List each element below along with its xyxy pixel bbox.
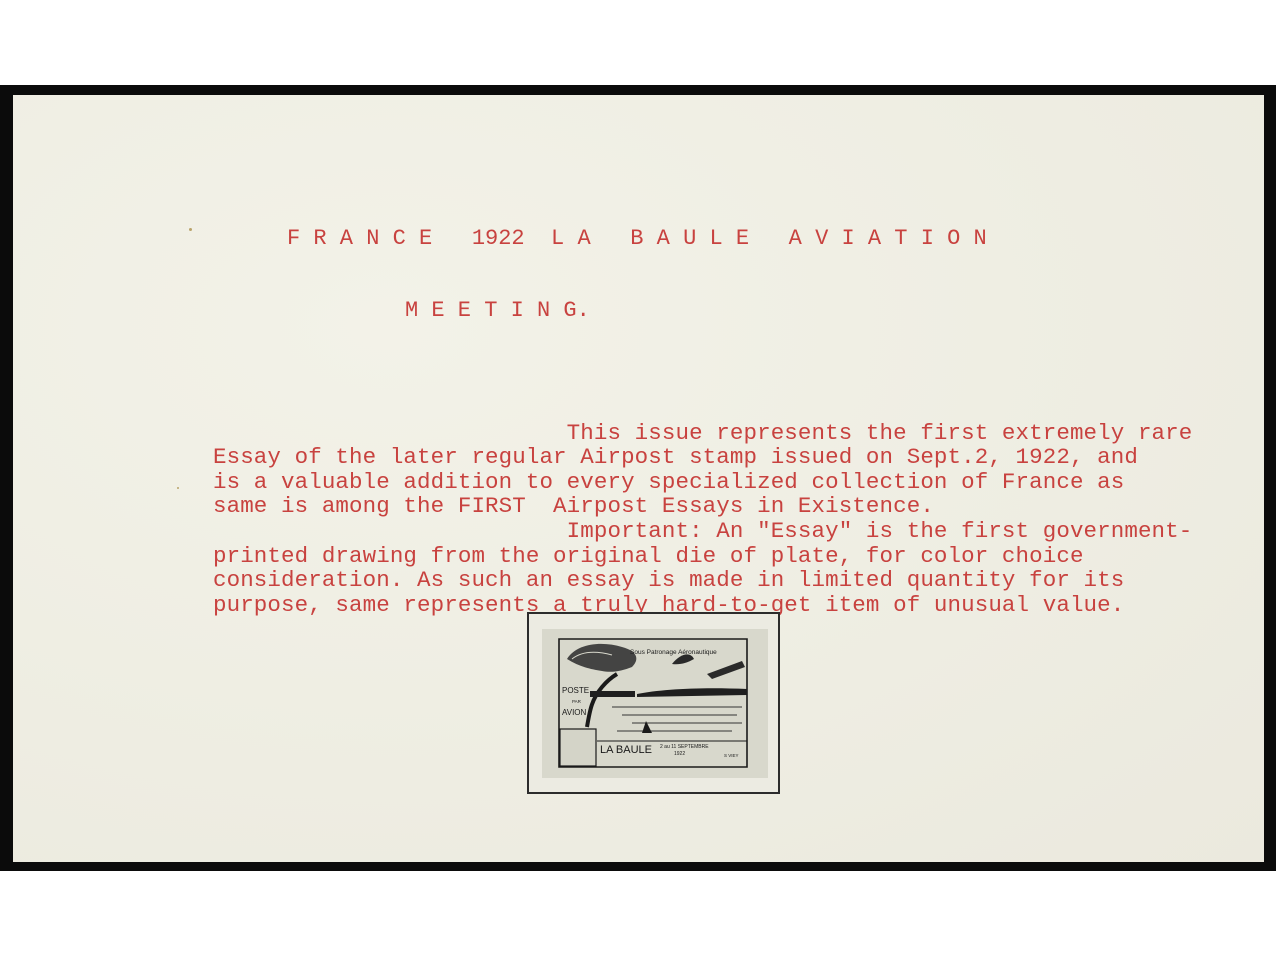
paper-speck [189,228,192,231]
paragraph-line: Essay of the later regular Airpost stamp… [213,445,1192,470]
paragraph-line: printed drawing from the original die of… [213,544,1192,569]
svg-text:POSTE: POSTE [562,686,589,695]
paragraph-line: This issue represents the first extremel… [213,421,1192,446]
stamp-essay: Sous Patronage Aéronautique POSTE PAR AV… [542,629,768,778]
description-paragraph: This issue represents the first extremel… [213,396,1192,642]
svg-text:2 au 11 SEPTEMBRE: 2 au 11 SEPTEMBRE [660,744,709,750]
paragraph-line: Important: An "Essay" is the first gover… [213,519,1192,544]
heading-line-2: M E E T I N G. [405,298,590,323]
paragraph-line: consideration. As such an essay is made … [213,568,1192,593]
paper-speck [177,487,179,489]
heading-line-1: F R A N C E 1922 L A B A U L E A V I A T… [287,226,987,251]
paragraph-line: same is among the FIRST Airpost Essays i… [213,494,1192,519]
svg-text:S VIEY: S VIEY [724,753,739,758]
svg-text:LA BAULE: LA BAULE [600,744,652,756]
paragraph-line: is a valuable addition to every speciali… [213,470,1192,495]
svg-text:1922: 1922 [674,751,685,757]
svg-text:AVION: AVION [562,708,587,717]
stamp-illustration-icon: Sous Patronage Aéronautique POSTE PAR AV… [542,629,768,778]
svg-text:Sous Patronage Aéronautique: Sous Patronage Aéronautique [630,649,717,656]
svg-text:PAR: PAR [572,699,582,704]
